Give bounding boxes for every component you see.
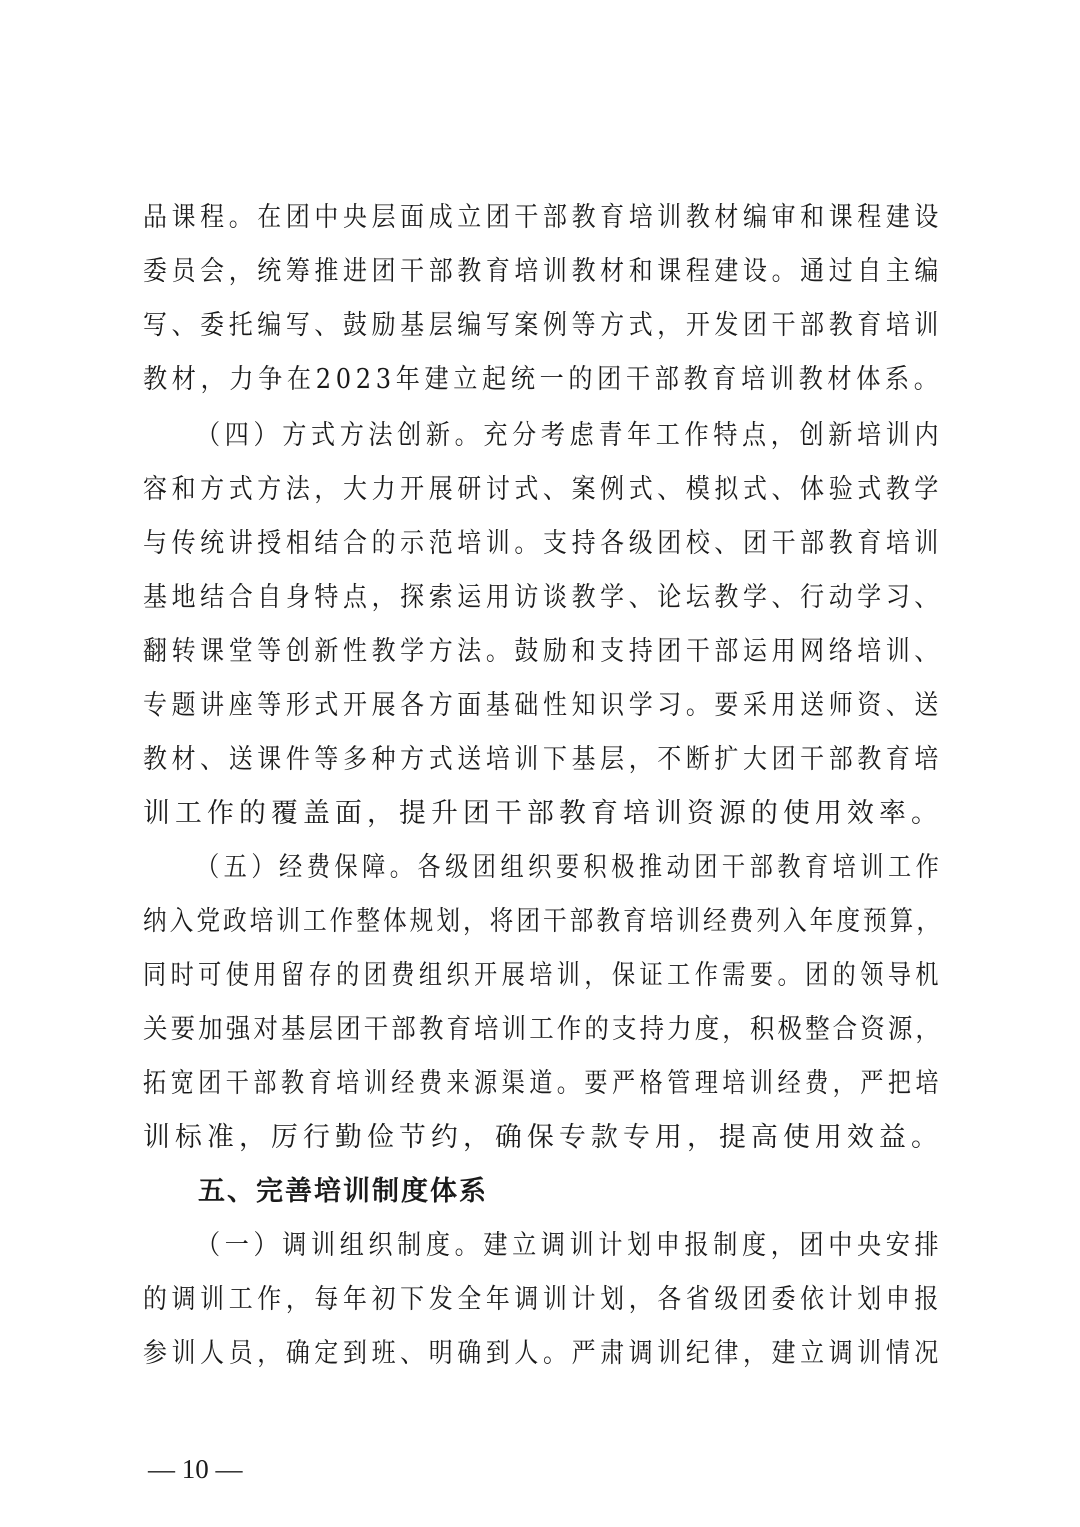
- document-page: 品课程。在团中央层面成立团干部教育培训教材编审和课程建设 委员会，统筹推进团干部…: [0, 0, 1080, 1527]
- text-line: 翻转课堂等创新性教学方法。鼓励和支持团干部运用网络培训、: [143, 634, 943, 670]
- text-line: 训标准，厉行勤俭节约，确保专款专用，提高使用效益。: [143, 1120, 943, 1156]
- text-line: 教材、送课件等多种方式送培训下基层，不断扩大团干部教育培: [143, 742, 943, 778]
- paragraph-first-line-section5-one: （一）调训组织制度。建立调训计划申报制度，团中央安排: [196, 1228, 943, 1264]
- paragraph-first-line-five: （五）经费保障。各级团组织要积极推动团干部教育培训工作: [196, 850, 943, 886]
- text-line: 参训人员，确定到班、明确到人。严肃调训纪律，建立调训情况: [143, 1336, 943, 1372]
- text-line: 品课程。在团中央层面成立团干部教育培训教材编审和课程建设: [143, 200, 943, 236]
- paragraph-first-line-four: （四）方式方法创新。充分考虑青年工作特点，创新培训内: [196, 418, 943, 454]
- text-line: 同时可使用留存的团费组织开展培训，保证工作需要。团的领导机: [143, 958, 943, 994]
- text-line: 教材，力争在2023年建立起统一的团干部教育培训教材体系。: [143, 362, 943, 398]
- text-line: 与传统讲授相结合的示范培训。支持各级团校、团干部教育培训: [143, 526, 943, 562]
- text-line: 写、委托编写、鼓励基层编写案例等方式，开发团干部教育培训: [143, 308, 943, 344]
- section-heading: 五、完善培训制度体系: [198, 1174, 488, 1210]
- text-line: 的调训工作，每年初下发全年调训计划，各省级团委依计划申报: [143, 1282, 943, 1318]
- text-line: 容和方式方法，大力开展研讨式、案例式、模拟式、体验式教学: [143, 472, 943, 508]
- page-number: — 10 —: [148, 1451, 243, 1487]
- text-line: 专题讲座等形式开展各方面基础性知识学习。要采用送师资、送: [143, 688, 943, 724]
- text-line: 基地结合自身特点，探索运用访谈教学、论坛教学、行动学习、: [143, 580, 943, 616]
- text-line: 纳入党政培训工作整体规划，将团干部教育培训经费列入年度预算，: [143, 904, 943, 940]
- text-line: 委员会，统筹推进团干部教育培训教材和课程建设。通过自主编: [143, 254, 943, 290]
- text-line: 训工作的覆盖面，提升团干部教育培训资源的使用效率。: [143, 796, 943, 832]
- text-line: 关要加强对基层团干部教育培训工作的支持力度，积极整合资源，: [143, 1012, 943, 1048]
- text-line: 拓宽团干部教育培训经费来源渠道。要严格管理培训经费，严把培: [143, 1066, 943, 1102]
